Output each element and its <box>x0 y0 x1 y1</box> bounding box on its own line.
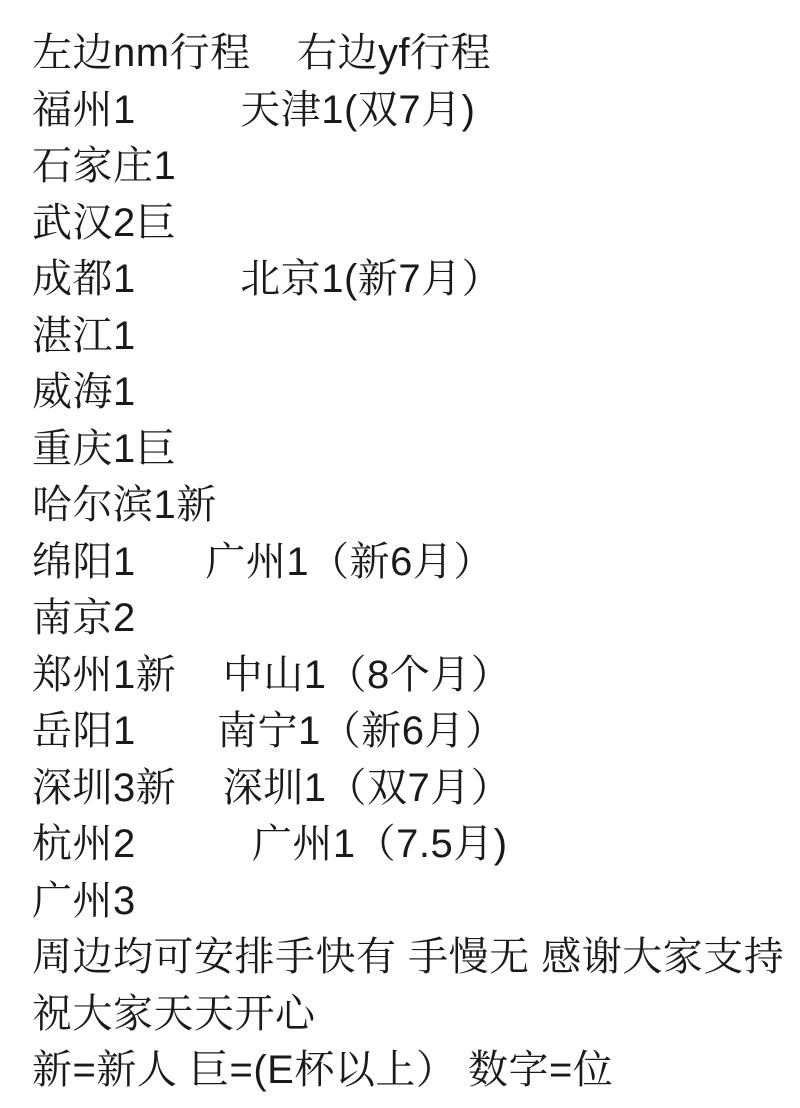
column-headers-line: 左边nm行程 右边yf行程 <box>32 25 790 82</box>
schedule-line: 福州1 天津1(双7月) <box>32 82 790 139</box>
schedule-line: 重庆1巨 <box>32 421 790 478</box>
schedule-line: 成都1 北京1(新7月） <box>32 251 790 308</box>
schedule-line: 湛江1 <box>32 308 790 365</box>
availability-note-line: 周边均可安排手快有 手慢无 感谢大家支持 <box>32 929 790 986</box>
schedule-line: 南京2 <box>32 590 790 647</box>
schedule-line: 武汉2巨 <box>32 195 790 252</box>
text-document-page: 左边nm行程 右边yf行程 福州1 天津1(双7月) 石家庄1 武汉2巨 成都1… <box>0 0 800 1108</box>
schedule-line: 岳阳1 南宁1（新6月） <box>32 703 790 760</box>
schedule-line: 哈尔滨1新 <box>32 477 790 534</box>
schedule-line: 杭州2 广州1（7.5月) <box>32 816 790 873</box>
schedule-line: 郑州1新 中山1（8个月） <box>32 647 790 704</box>
schedule-line: 石家庄1 <box>32 138 790 195</box>
schedule-line: 威海1 <box>32 364 790 421</box>
legend-line: 新=新人 巨=(E杯以上） 数字=位 <box>32 1042 790 1099</box>
wish-note-line: 祝大家天天开心 <box>32 986 790 1043</box>
schedule-line: 绵阳1 广州1（新6月） <box>32 534 790 591</box>
schedule-line: 广州3 <box>32 873 790 930</box>
schedule-line: 深圳3新 深圳1（双7月） <box>32 760 790 817</box>
